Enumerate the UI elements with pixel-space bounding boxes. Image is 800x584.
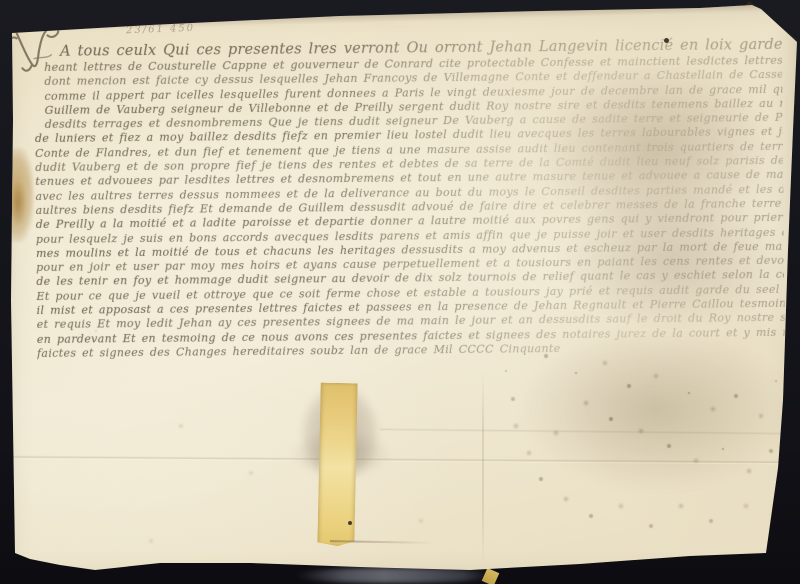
parchment: A tous ceulx Qui ces presentes lres verr… — [0, 0, 800, 584]
archival-number: 23/61 450 — [126, 23, 195, 36]
stain — [520, 330, 790, 490]
notary-monogram-icon — [5, 19, 63, 75]
manuscript-photo: A tous ceulx Qui ces presentes lres verr… — [0, 0, 800, 584]
fold-crease — [482, 372, 484, 567]
seal-tag-tip — [482, 568, 500, 584]
foxing-specks — [0, 0, 2, 2]
top-edge-shadow — [0, 0, 780, 33]
seal-below-edge — [296, 568, 492, 583]
seal-tag-mark — [348, 521, 352, 525]
edge-stain — [10, 182, 26, 226]
stain — [560, 190, 780, 330]
